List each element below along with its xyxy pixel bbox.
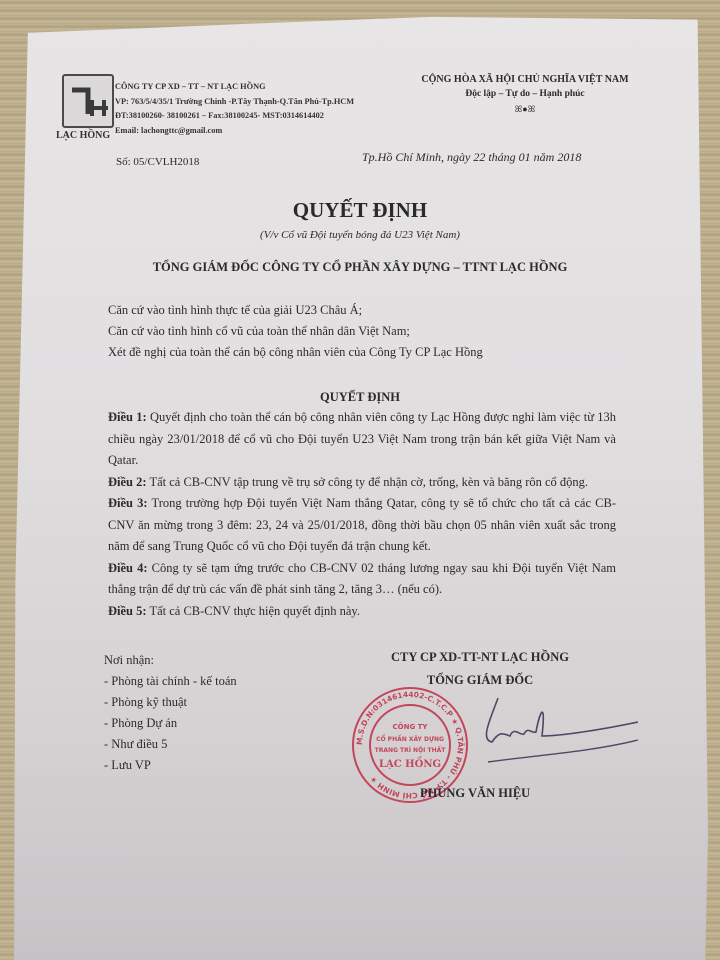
signer-name: PHÙNG VĂN HIỆU (420, 786, 530, 801)
national-motto: Độc lập – Tự do – Hạnh phúc (390, 87, 660, 102)
document-title: QUYẾT ĐỊNH (0, 198, 720, 223)
recipients: Nơi nhận: Phòng tài chính - kế toán Phòn… (104, 650, 237, 776)
legal-bases: Căn cứ vào tình hình thực tế của giải U2… (108, 300, 483, 363)
stamp-line: TRANG TRÍ NỘI THẤT (375, 746, 447, 754)
article-1: Điều 1: Quyết định cho toàn thể cán bộ c… (108, 407, 616, 472)
basis-item: Căn cứ vào tình hình thực tế của giải U2… (108, 300, 483, 321)
article-text: Tất cả CB-CNV thực hiện quyết định này. (147, 604, 360, 618)
signing-company: CTY CP XD-TT-NT LẠC HỒNG (330, 646, 630, 669)
company-email: Email: lachongttc@gmail.com (115, 124, 354, 139)
svg-text:M.S.D.N:0314614402-C.T.C.P ★ Q: M.S.D.N:0314614402-C.T.C.P ★ Q.TÂN PHÚ -… (355, 690, 465, 800)
logo-caption: LẠC HỒNG (56, 130, 110, 141)
national-header: CỘNG HÒA XÃ HỘI CHỦ NGHĨA VIỆT NAM Độc l… (390, 72, 660, 117)
articles: Điều 1: Quyết định cho toàn thể cán bộ c… (108, 407, 616, 622)
article-label: Điều 2: (108, 475, 147, 489)
article-label: Điều 1: (108, 410, 147, 424)
article-label: Điều 5: (108, 604, 147, 618)
national-title: CỘNG HÒA XÃ HỘI CHỦ NGHĨA VIỆT NAM (390, 72, 660, 87)
place-date: Tp.Hồ Chí Minh, ngày 22 tháng 01 năm 201… (362, 150, 581, 165)
article-label: Điều 3: (108, 496, 148, 510)
recipient-item: Như điều 5 (104, 734, 237, 755)
signature-icon (470, 690, 640, 770)
basis-item: Căn cứ vào tình hình cổ vũ của toàn thể … (108, 321, 483, 342)
company-address: VP: 763/5/4/35/1 Trường Chinh -P.Tây Thạ… (115, 95, 354, 110)
article-text: Quyết định cho toàn thể cán bộ công nhân… (108, 410, 616, 467)
article-text: Trong trường hợp Đội tuyển Việt Nam thắn… (108, 496, 616, 553)
decision-heading: QUYẾT ĐỊNH (0, 390, 720, 405)
recipient-item: Phòng Dự án (104, 713, 237, 734)
stamp-line: LẠC HỒNG (379, 757, 441, 770)
recipient-item: Phòng tài chính - kế toán (104, 671, 237, 692)
article-text: Công ty sẽ tạm ứng trước cho CB-CNV 02 t… (108, 561, 616, 597)
company-info: CÔNG TY CP XD – TT – NT LẠC HỒNG VP: 763… (115, 80, 354, 138)
lh-logo-icon (64, 76, 112, 126)
document-subtitle: (V/v Cổ vũ Đội tuyển bóng đá U23 Việt Na… (0, 229, 720, 241)
company-phone: ĐT:38100260- 38100261 – Fax:38100245- MS… (115, 109, 354, 124)
article-5: Điều 5: Tất cả CB-CNV thực hiện quyết đị… (108, 601, 616, 623)
recipients-heading: Nơi nhận: (104, 650, 237, 671)
stamp-ring-text: M.S.D.N:0314614402-C.T.C.P ★ Q.TÂN PHÚ -… (355, 690, 465, 800)
stamp-line: CỔ PHẦN XÂY DỰNG (376, 734, 444, 743)
recipient-item: Phòng kỹ thuật (104, 692, 237, 713)
company-logo (62, 74, 114, 128)
basis-item: Xét đề nghị của toàn thể cán bộ công nhâ… (108, 342, 483, 363)
company-name: CÔNG TY CP XD – TT – NT LẠC HỒNG (115, 80, 354, 95)
article-4: Điều 4: Công ty sẽ tạm ứng trước cho CB-… (108, 558, 616, 601)
issuer-line: TỔNG GIÁM ĐỐC CÔNG TY CỔ PHẦN XÂY DỰNG –… (0, 260, 720, 275)
recipient-item: Lưu VP (104, 755, 237, 776)
document-number: Số: 05/CVLH2018 (116, 156, 199, 168)
ornament-icon: ꕤ●ꕤ (390, 102, 660, 117)
article-text: Tất cả CB-CNV tập trung về trụ sở công t… (147, 475, 589, 489)
article-3: Điều 3: Trong trường hợp Đội tuyển Việt … (108, 493, 616, 558)
article-label: Điều 4: (108, 561, 148, 575)
article-2: Điều 2: Tất cả CB-CNV tập trung về trụ s… (108, 472, 616, 494)
stamp-line: CÔNG TY (393, 722, 429, 731)
